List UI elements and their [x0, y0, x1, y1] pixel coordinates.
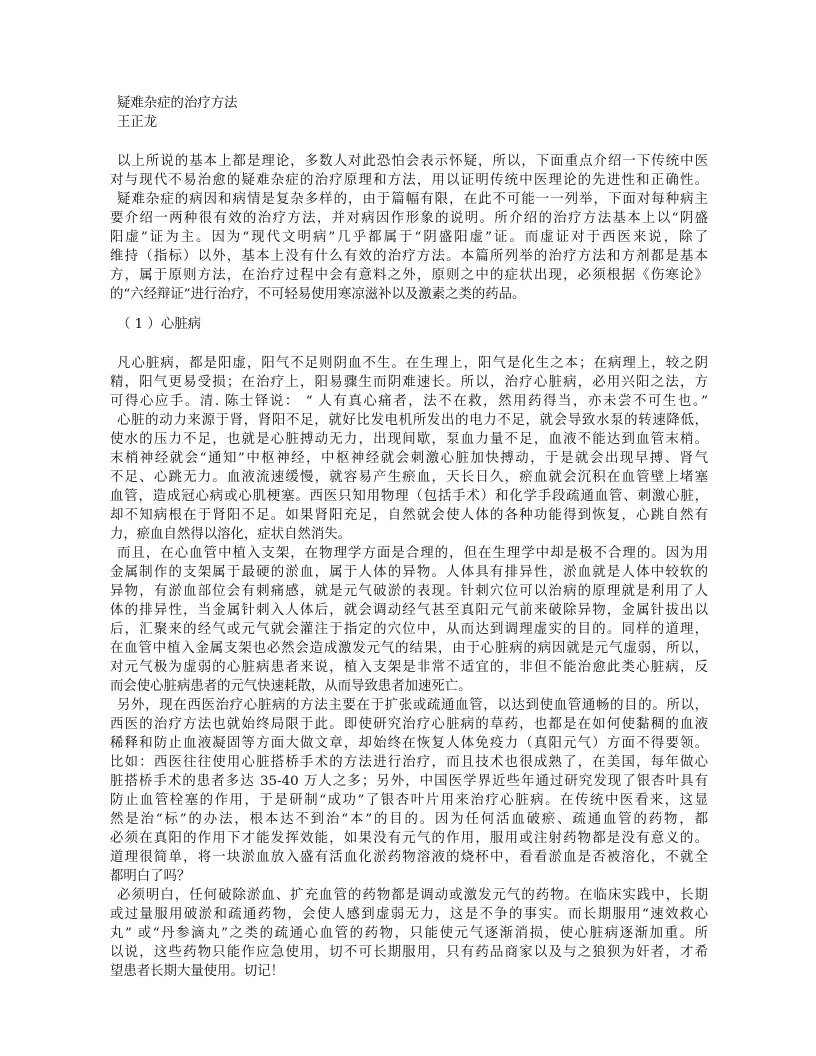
paragraph-line: 维持（指标）以外，基本上没有什么有效的治疗方法。本篇所列举的治疗方法和方剂都是基… — [110, 247, 708, 266]
paragraph-line: 精，阳气更易受损；在治疗上，阳易骤生而阴难速长。所以，治疗心脏病，必用兴阳之法，… — [110, 373, 708, 392]
doc-title: 疑难杂症的治疗方法 — [110, 94, 238, 113]
doc-author: 王正龙 — [110, 113, 157, 132]
paragraph-line: 对元气极为虚弱的心脏病患者来说，植入支架是非常不适宜的，非但不能治愈此类心脏病，… — [110, 658, 708, 677]
paragraph-line: 在血管中植入金属支架也必然会造成激发元气的结果，由于心脏病的病因就是元气虚弱，所… — [110, 639, 708, 658]
paragraph-line: 凡心脏病，都是阳虚，阳气不足则阴血不生。在生理上，阳气是化生之本；在病理上，较之… — [110, 354, 708, 373]
paragraph-line: 却不知病根在于肾阳不足。如果肾阳充足，自然就会使人体的各种功能得到恢复，心跳自然… — [110, 506, 708, 525]
paragraph-line: 另外，现在西医治疗心脏病的方法主要在于扩张或疏通血管，以达到使血管通畅的目的。所… — [110, 696, 708, 715]
paragraph-line: 而且，在心血管中植入支架，在物理学方面是合理的，但在生理学中却是极不合理的。因为… — [110, 544, 708, 563]
paragraph-line: 防止血管栓塞的作用，于是研制“成功”了银杏叶片用来治疗心脏病。在传统中医看来，这… — [110, 791, 708, 810]
paragraph-line: 要介绍一两种很有效的治疗方法，并对病因作形象的说明。所介绍的治疗方法基本上以“阴… — [110, 209, 708, 228]
paragraph-line: 比如：西医往往使用心脏搭桥手术的方法进行治疗，而且技术也很成熟了，在美国，每年做… — [110, 753, 708, 772]
paragraph-line: 疑难杂症的病因和病情是复杂多样的，由于篇幅有限，在此不可能一一列举，下面对每种病… — [110, 190, 708, 209]
paragraph-line: 血管，造成冠心病或心肌梗塞。西医只知用物理（包括手术）和化学手段疏通血管、刺激心… — [110, 487, 708, 506]
paragraph-line: 以上所说的基本上都是理论，多数人对此恐怕会表示怀疑，所以，下面重点介绍一下传统中… — [110, 152, 708, 171]
section-heading: （ 1 ）心脏病 — [110, 315, 201, 334]
paragraph-line: 望患者长期大量使用。切记！ — [110, 962, 284, 981]
paragraph-line: 的“六经辩证”进行治疗，不可轻易使用寒凉滋补以及激素之类的药品。 — [110, 285, 525, 304]
paragraph-line: 或过量服用破淤和疏通药物，会使人感到虚弱无力，这是不争的事实。而长期服用“速效救… — [110, 905, 708, 924]
paragraph-line: 脏搭桥手术的患者多达 35-40 万人之多；另外，中国医学界近些年通过研究发现了… — [110, 772, 708, 791]
paragraph-line: 心脏的动力来源于肾，肾阳不足，就好比发电机所发出的电力不足，就会导致水泵的转速降… — [110, 411, 708, 430]
paragraph-line: 阳虚”证为主。因为“现代文明病”几乎都属于“阴盛阳虚”证。而虚证对于西医来说，除… — [110, 228, 708, 247]
paragraph-line: 都明白了吗？ — [110, 867, 190, 886]
paragraph-line: 后，汇聚来的经气或元气就会灌注于指定的穴位中，从而达到调理虚实的目的。同样的道理… — [110, 620, 708, 639]
paragraph-line: 必须明白，任何破除淤血、扩充血管的药物都是调动或激发元气的药物。在临床实践中，长… — [110, 886, 708, 905]
paragraph-line: 不足、心跳无力。血液流速缓慢，就容易产生瘀血，天长日久，瘀血就会沉积在血管壁上堵… — [110, 468, 708, 487]
paragraph-line: 金属制作的支架属于最硬的淤血，属于人体的异物。人体具有排异性，淤血就是人体中较软… — [110, 563, 708, 582]
paragraph-line: 对与现代不易治愈的疑难杂症的治疗原理和方法，用以证明传统中医理论的先进性和正确性… — [110, 171, 708, 190]
paragraph-line: 西医的治疗方法也就始终局限于此。即使研究治疗心脏病的草药，也都是在如何使黏稠的血… — [110, 715, 708, 734]
paragraph-line: 道理很简单，将一块淤血放入盛有活血化淤药物溶液的烧杯中，看看淤血是否被溶化，不就… — [110, 848, 708, 867]
paragraph-line: 体的排异性，当金属针刺入人体后，就会调动经气甚至真阳元气前来破除异物，金属针拔出… — [110, 601, 708, 620]
paragraph-line: 末梢神经就会“通知”中枢神经，中枢神经就会刺激心脏加快搏动，于是就会出现早搏、肾… — [110, 449, 708, 468]
paragraph-line: 必须在真阳的作用下才能发挥效能，如果没有元气的作用，服用或注射药物都是没有意义的… — [110, 829, 708, 848]
paragraph-line: 方，属于原则方法，在治疗过程中会有意料之外，原则之中的症状出现，必须根据《伤寒论… — [110, 266, 708, 285]
paragraph-line: 丸” 或“丹参滴丸”之类的疏通心血管的药物，只能使元气逐渐消损，使心脏病逐渐加重… — [110, 924, 708, 943]
paragraph-line: 然是治“标”的办法，根本达不到治“本”的目的。因为任何活血破瘀、疏通血管的药物，… — [110, 810, 708, 829]
paragraph-line: 使水的压力不足，也就是心脏搏动无力，出现间歇，泵血力量不足，血液不能达到血管末梢… — [110, 430, 708, 449]
paragraph-line: 以说，这些药物只能作应急使用，切不可长期服用，只有药品商家以及与之狼狈为奸者，才… — [110, 943, 708, 962]
paragraph-line: 可得心应手。清. 陈士铎说： “ 人有真心痛者，法不在救，然用药得当，亦未尝不可… — [110, 392, 708, 411]
paragraph-line: 而会使心脏病患者的元气快速耗散，从而导致患者加速死亡。 — [110, 677, 472, 696]
paragraph-line: 异物，有淤血部位会有刺痛感，就是元气破淤的表现。针刺穴位可以治病的原理就是利用了… — [110, 582, 708, 601]
paragraph-line: 稀释和防止血液凝固等方面大做文章，却始终在恢复人体免疫力（真阳元气）方面不得要领… — [110, 734, 708, 753]
paragraph-line: 力，瘀血自然得以溶化，症状自然消失。 — [110, 525, 351, 544]
